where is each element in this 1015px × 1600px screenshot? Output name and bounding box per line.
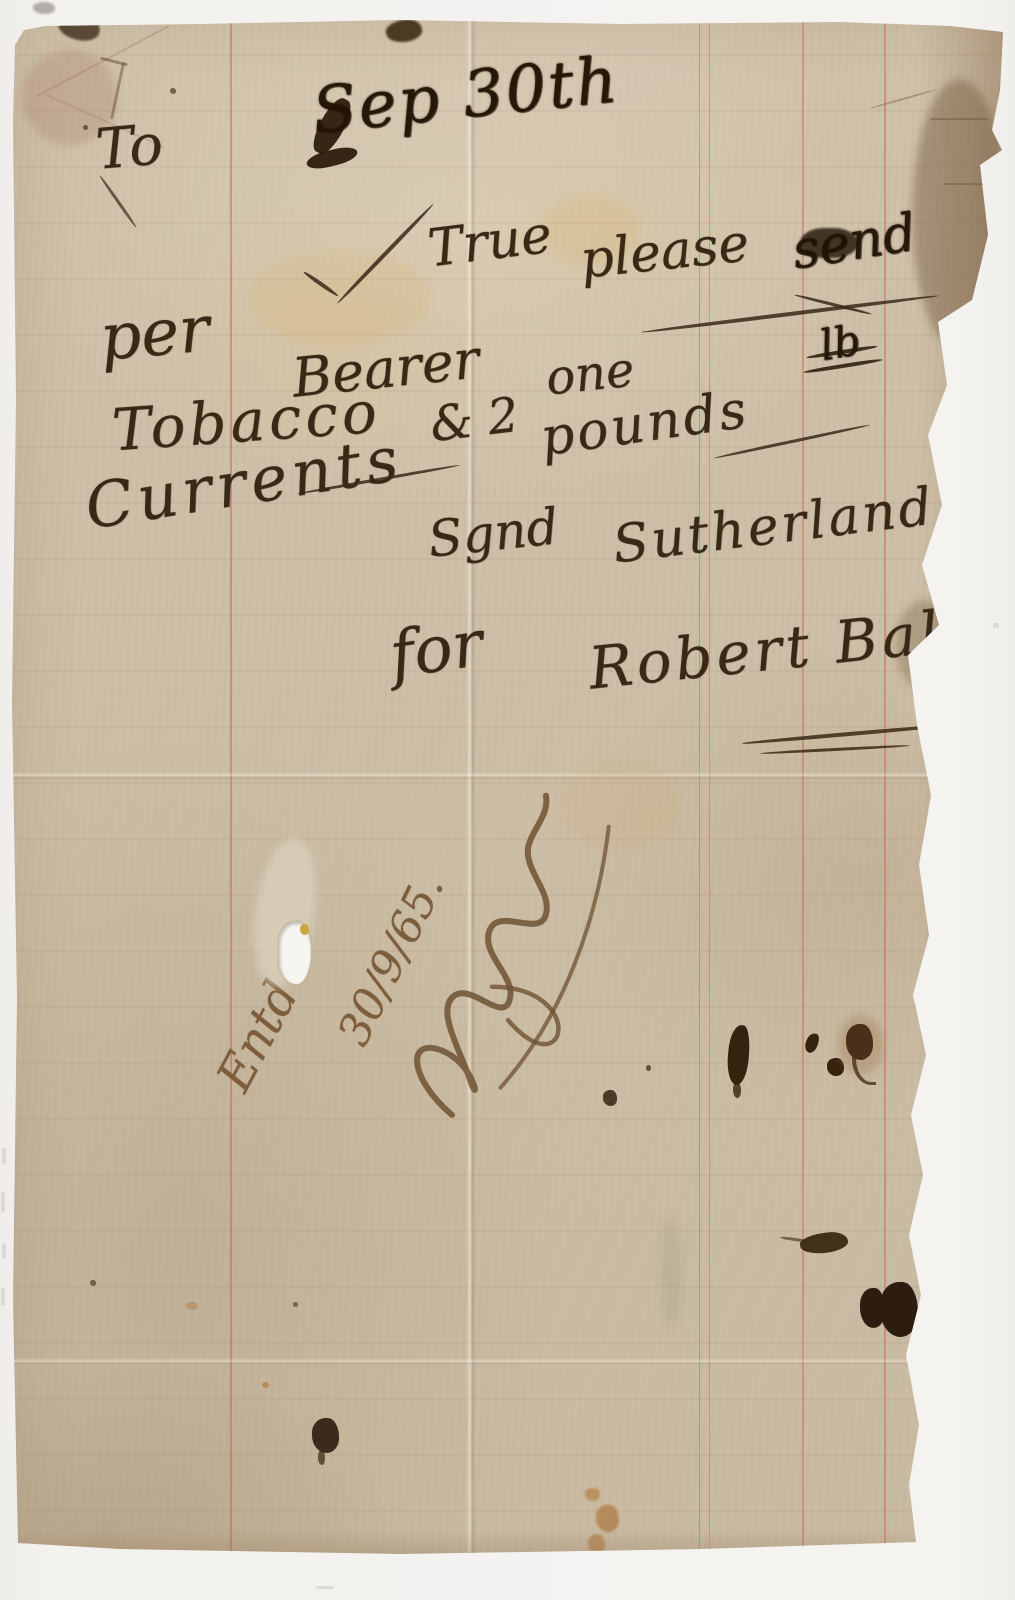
rust-stain [588,1534,605,1554]
rust-speck [186,1302,198,1310]
horizontal-fold-crease [0,1358,1015,1365]
ink-speck [646,1065,651,1071]
ink-blot [800,228,858,258]
pencil-mark [930,562,985,564]
ink-speck [90,1280,96,1286]
word-sgnd: Sgnd [426,501,561,564]
margin-smudge [33,2,55,14]
word-true: True [425,209,554,276]
scanned-document: Sep 30th To True please send per Bearer … [0,0,1015,1600]
pencil-mark [944,183,1000,185]
ink-speck [83,125,88,130]
word-per: per [97,297,212,370]
ink-speck [170,88,176,94]
rust-speck [262,1382,269,1388]
bottom-edge-shading [0,1530,1015,1560]
salutation: To [94,117,165,179]
rust-stain [596,1505,619,1532]
ink-speck [293,1302,298,1307]
scanner-artifact [1,1288,5,1306]
word-lb-symbol: lb [817,319,864,367]
gold-speck [300,924,309,935]
pencil-mark [930,118,988,120]
ink-blot-large [880,1282,918,1337]
word-for: for [386,612,487,688]
ink-spot-tail [318,1450,325,1465]
pencil-mark [946,372,996,374]
ink-spot [312,1418,339,1453]
scanner-artifact [993,623,999,628]
scanner-artifact [2,1148,6,1164]
scanner-artifact [316,1586,334,1589]
paper-stain [660,1218,682,1328]
torn-edge-dark-patch [912,80,1007,350]
scanner-artifact [1,1192,5,1212]
scanner-artifact [2,1243,6,1259]
rust-stain [585,1488,600,1501]
paper-sheet: Sep 30th To True please send per Bearer … [0,0,1015,1600]
word-one: one [544,346,637,403]
ink-spot [733,1082,741,1098]
ink-spot [603,1090,617,1106]
word-amp-two: & 2 [427,391,521,449]
